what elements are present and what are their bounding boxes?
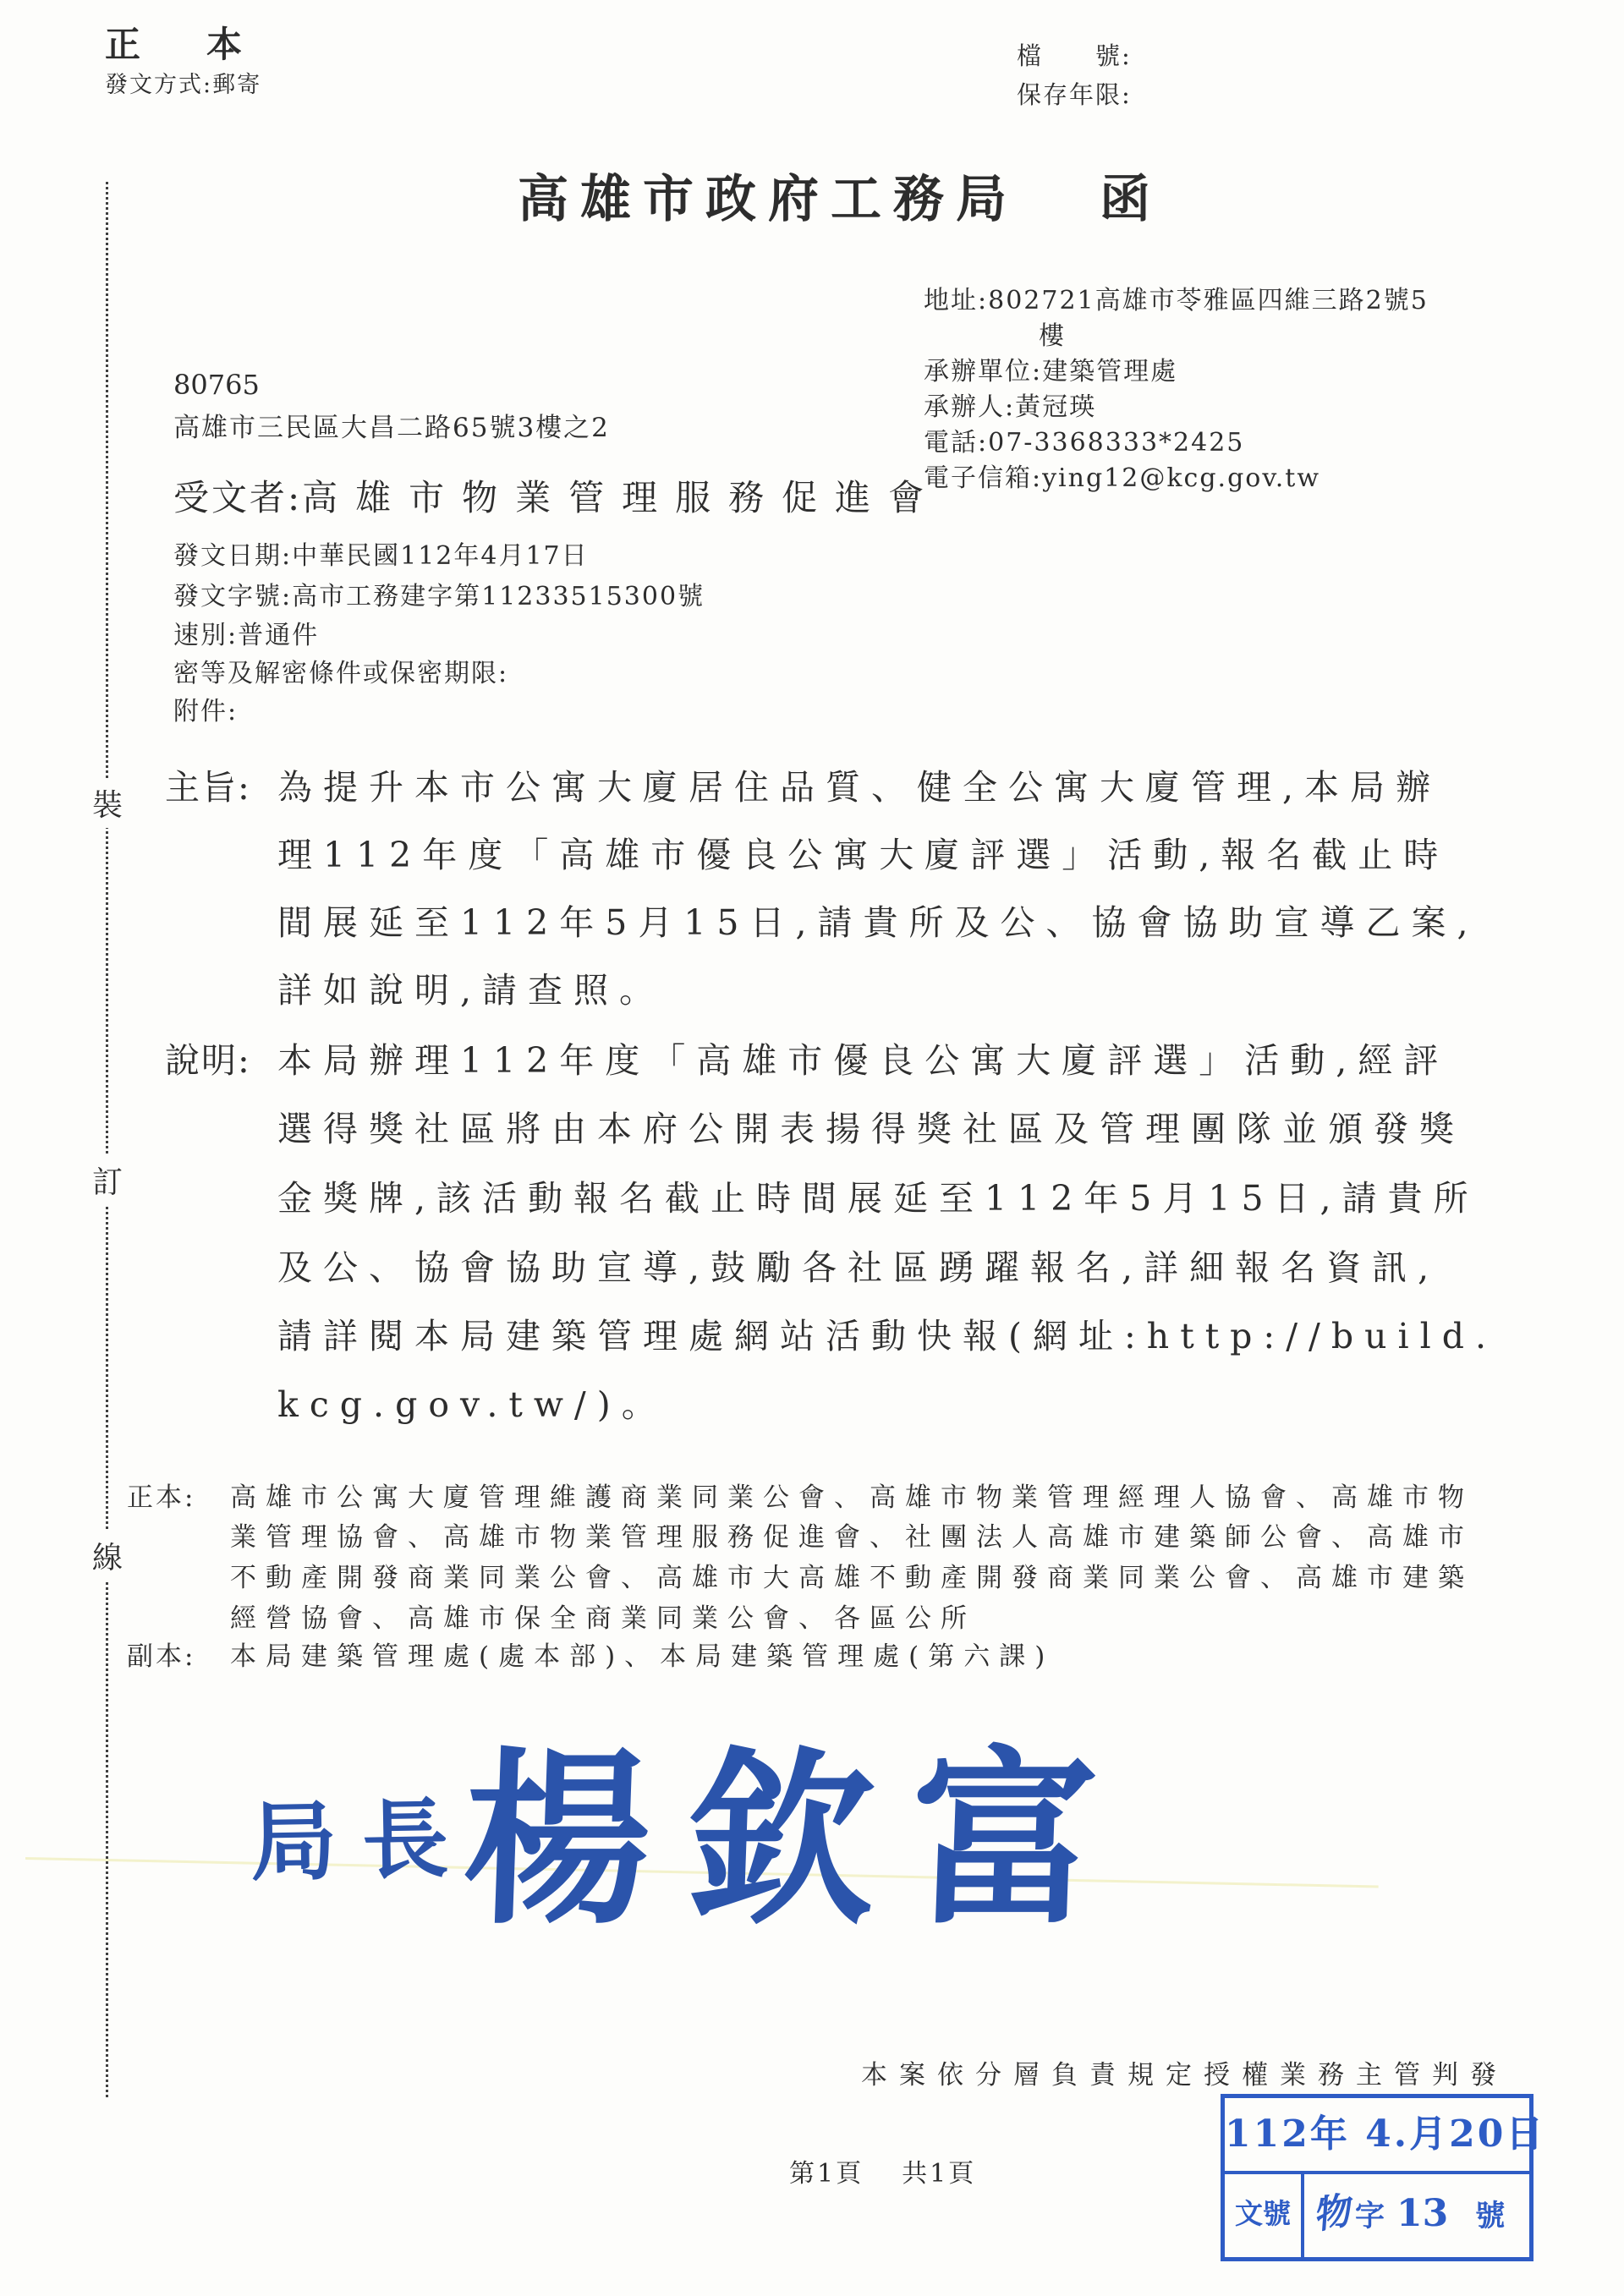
- page-total: 共1頁: [902, 2159, 976, 2189]
- recipient-name: 高雄市物業管理服務促進會: [302, 477, 941, 518]
- binding-mark-zhuang: 裝: [87, 778, 128, 828]
- signer-title: 局長: [250, 1771, 475, 1899]
- subject-line: 間展延至112年5月15日,請貴所及公、協會協助宣導乙案,: [277, 895, 1479, 945]
- sender-phone: 電話:07-3368333*2425: [924, 421, 1244, 458]
- document-number: 發文字號:高市工務建字第11233515300號: [173, 575, 705, 612]
- sender-officer: 承辦人:黃冠瑛: [924, 386, 1096, 423]
- recipient-address: 高雄市三民區大昌二路65號3樓之2: [173, 406, 610, 444]
- sender-address-line2: 樓: [1039, 315, 1066, 352]
- signer-name-signature: 楊欽富: [460, 1737, 1138, 1943]
- file-number-label: 檔 號:: [1017, 37, 1132, 72]
- subject-label: 主旨:: [165, 759, 251, 809]
- subject-line: 為提升本市公寓大廈居住品質、健全公寓大廈管理,本局辦: [277, 759, 1441, 809]
- security-class: 密等及解密條件或保密期限:: [173, 652, 508, 689]
- original-copies-line: 經營協會、高雄市保全商業同業公會、各區公所: [230, 1597, 976, 1635]
- stamp-bottom-row: 文號 物字13號: [1225, 2174, 1529, 2257]
- stamp-docno-label: 文號: [1225, 2174, 1304, 2257]
- retention-period-label: 保存年限:: [1017, 76, 1132, 111]
- subject-line: 理112年度「高雄市優良公寓大廈評選」活動,報名截止時: [277, 827, 1449, 877]
- stamp-word-hao: 號: [1475, 2199, 1505, 2233]
- description-line: 本局辦理112年度「高雄市優良公寓大廈評選」活動,經評: [277, 1033, 1449, 1082]
- binding-mark-xian: 線: [87, 1531, 128, 1581]
- speed-class: 速別:普通件: [173, 614, 319, 651]
- original-copies-line: 不動產開發商業同業公會、高雄市大高雄不動產開發商業同業公會、高雄市建築: [230, 1556, 1473, 1594]
- subject-line: 詳如說明,請查照。: [277, 962, 665, 1012]
- official-letter-page: 裝 訂 線 正 本 發文方式:郵寄 檔 號: 保存年限: 高雄市政府工務局函 地…: [0, 0, 1624, 2296]
- issue-date: 發文日期:中華民國112年4月17日: [173, 534, 589, 572]
- copy-type-label: 正 本: [105, 17, 257, 68]
- sender-address-line1: 地址:802721高雄市苓雅區四維三路2號5: [924, 279, 1429, 316]
- description-line: 選得獎社區將由本府公開表揚得獎社區及管理團隊並頒發獎: [277, 1101, 1465, 1151]
- stamp-handwritten-word: 物: [1306, 2172, 1357, 2256]
- binding-mark-ding: 訂: [87, 1155, 128, 1205]
- document-kind: 函: [1100, 170, 1162, 229]
- cc-copies-line: 本局建築管理處(處本部)、本局建築管理處(第六課): [230, 1635, 1054, 1673]
- delivery-method: 發文方式:郵寄: [105, 66, 261, 99]
- description-label: 說明:: [165, 1033, 251, 1082]
- page-footer: 第1頁共1頁: [789, 2152, 976, 2189]
- original-copies-line: 高雄市公寓大廈管理維護商業同業公會、高雄市物業管理經理人協會、高雄市物: [230, 1476, 1473, 1514]
- stamp-docno-value: 物字13號: [1304, 2174, 1529, 2257]
- authorization-note: 本案依分層負責規定授權業務主管判發: [861, 2053, 1508, 2091]
- description-line: 金獎牌,該活動報名截止時間展延至112年5月15日,請貴所: [277, 1170, 1479, 1220]
- original-copies-label: 正本:: [127, 1476, 195, 1514]
- description-line: kcg.gov.tw/)。: [277, 1377, 667, 1427]
- description-line: 請詳閱本局建築管理處網站活動快報(網址:http://build.: [277, 1308, 1497, 1358]
- description-line: 及公、協會協助宣導,鼓勵各社區踴躍報名,詳細報名資訊,: [277, 1240, 1440, 1290]
- attachment-field: 附件:: [173, 690, 238, 727]
- stamp-word-zi: 字: [1355, 2199, 1385, 2233]
- page-number: 第1頁: [789, 2159, 864, 2189]
- sender-email: 電子信箱:ying12@kcg.gov.tw: [924, 457, 1320, 494]
- recipient-zip: 80765: [173, 369, 260, 401]
- document-title: 高雄市政府工務局函: [518, 159, 1162, 232]
- cc-copies-label: 副本:: [127, 1635, 195, 1673]
- original-copies-line: 業管理協會、高雄市物業管理服務促進會、社團法人高雄市建築師公會、高雄市: [230, 1515, 1473, 1553]
- recipient-label: 受文者:: [173, 477, 302, 518]
- recipient-line: 受文者:高雄市物業管理服務促進會: [173, 470, 941, 521]
- binding-dotted-line: [106, 182, 108, 2097]
- issuing-agency: 高雄市政府工務局: [518, 170, 1018, 229]
- stamp-date: 112年 4.月20日: [1225, 2098, 1529, 2174]
- stamp-number: 13: [1396, 2192, 1448, 2235]
- sender-unit: 承辦單位:建築管理處: [924, 350, 1177, 387]
- received-date-stamp: 112年 4.月20日 文號 物字13號: [1221, 2094, 1533, 2261]
